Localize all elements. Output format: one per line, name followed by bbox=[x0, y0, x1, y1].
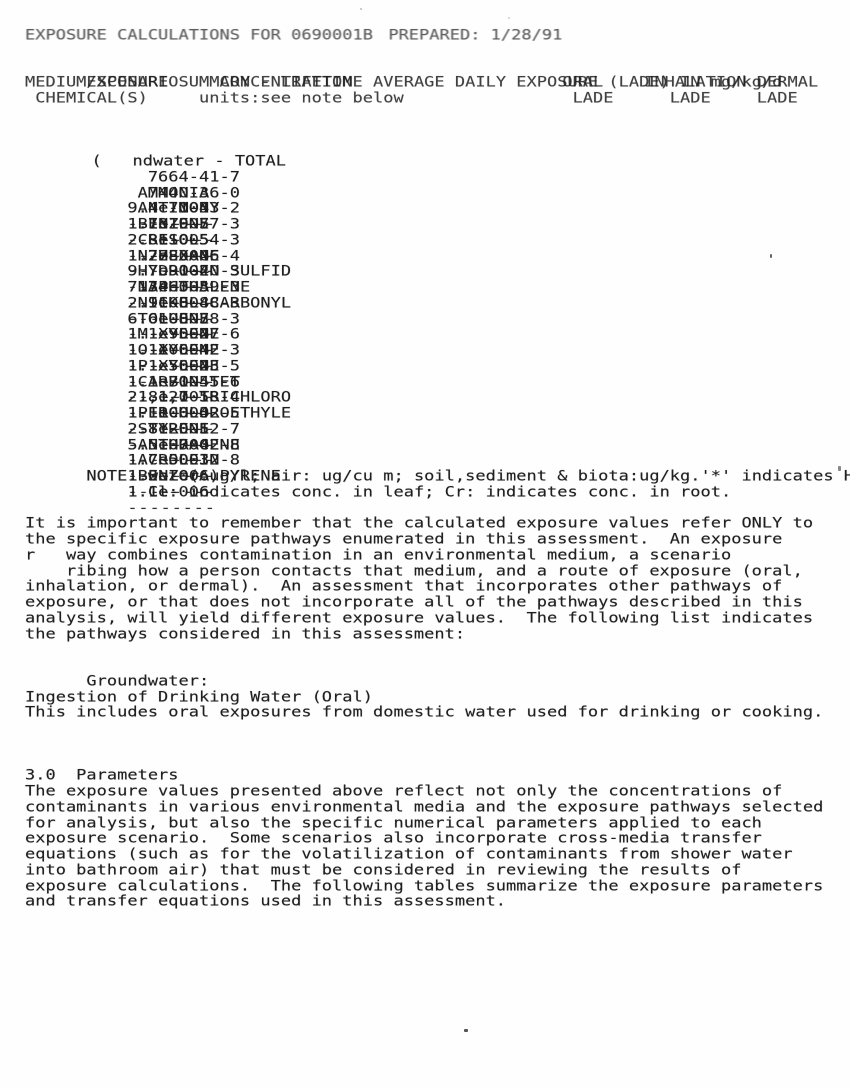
paragraph-line: for analysis, but also the specific nume… bbox=[25, 815, 850, 831]
col-header-units-note: units:see note below bbox=[199, 91, 404, 107]
col-header-dermal: DERMAL bbox=[757, 75, 818, 91]
col-header-chemicals: CHEMICAL(S) bbox=[35, 91, 148, 107]
paragraph-line: ribing how a person contacts that medium… bbox=[25, 563, 850, 579]
table-row: 127-18-4 PERCHLOROETHYLE 2.8e-005 ------… bbox=[25, 374, 850, 390]
table-row: 56-23-5 CARBON TET 2.8e-005 -------- bbox=[25, 343, 850, 359]
paragraph-line: into bathroom air) that must be consider… bbox=[25, 862, 850, 878]
col-header-inhalation: INHALATION bbox=[644, 75, 746, 91]
group-row-groundwater-total: ( ndwater - TOTAL bbox=[25, 138, 850, 154]
table-row: 7664-41-7 AMMONIA 9.4e-005 -------- bbox=[25, 154, 850, 170]
parameters-section: 3.0 Parameters The exposure values prese… bbox=[25, 768, 850, 910]
col-header-medium-scenario: MEDIUM/SCENARIO bbox=[25, 75, 179, 91]
table-row: 7783-06-4 HYDROGEN SULFID 7.7e-005 -----… bbox=[25, 232, 850, 248]
paragraph-line: 3.0 Parameters bbox=[25, 768, 850, 784]
col-header-concentration: CONCENTRATION bbox=[219, 75, 352, 91]
paragraph-line: r way combines contamination in an envir… bbox=[25, 547, 850, 563]
paragraph-line: and transfer equations used in this asse… bbox=[25, 894, 850, 910]
groundwater-heading-line: Groundwater: bbox=[25, 658, 850, 674]
table-row: 91-20-3 NAPHTHALENE 2.9e-004 -------- bbox=[25, 248, 850, 264]
table-header-row-1: MEDIUM/SCENARIO CONCENTRATION ORAL INHAL… bbox=[25, 75, 850, 91]
table-row: 106-42-3 P-XYLENE 1.1e-004 -------- bbox=[25, 327, 850, 343]
col-header-dermal-lade: LADE bbox=[757, 91, 798, 107]
table-row: 100-42-5 STYRENE 5.5e-004 -------- bbox=[25, 390, 850, 406]
table-row: 71-43-2 BENZENE 2.8e-005 -------- bbox=[25, 185, 850, 201]
table-row: 13463-39-3 NICKEL CARBONYL 6.6e-007 ----… bbox=[25, 264, 850, 280]
paragraph-line: This includes oral exposures from domest… bbox=[25, 705, 850, 721]
chemical-table: 7664-41-7 AMMONIA 9.4e-005 -------- 7440… bbox=[25, 154, 850, 453]
paragraph-line: equations (such as for the volatilizatio… bbox=[25, 847, 850, 863]
col-header-oral: ORAL bbox=[562, 75, 603, 91]
table-row: 7440-36-0 ANTIMONY 1.7e-005 -------- bbox=[25, 169, 850, 185]
paragraph-line: analysis, will yield different exposure … bbox=[25, 610, 850, 626]
scan-speck bbox=[464, 1029, 468, 1032]
ingestion-block: Ingestion of Drinking Water (Oral) This … bbox=[25, 689, 850, 721]
col-header-oral-lade: LADE bbox=[573, 91, 614, 107]
table-row: 95-47-6 O-XYLENE 1.1e-004 -------- bbox=[25, 311, 850, 327]
table-row: 1319-77-3 CRESOL 1.2e-004 -------- bbox=[25, 201, 850, 217]
report-title: EXPOSURE CALCULATIONS FOR 0690001B bbox=[25, 28, 373, 44]
table-row: 108-88-3 TOLUENE 1.1e-002 -------- bbox=[25, 280, 850, 296]
table-row: 107-02-8 ACROLEIN 1.3e-006 -------- bbox=[25, 421, 850, 437]
note-line-1: NOTE: water:ug/l; air: ug/cu m; soil,sed… bbox=[25, 453, 850, 469]
paragraph-line: contaminants in various environmental me… bbox=[25, 799, 850, 815]
prepared-date: PREPARED: 1/28/91 bbox=[388, 28, 562, 44]
paragraph-line: the pathways considered in this assessme… bbox=[25, 626, 850, 642]
table-row: 110-54-3 N-HEXANE 9.7e-004 -------- bbox=[25, 217, 850, 233]
report-title-line: EXPOSURE CALCULATIONS FOR 0690001B PREPA… bbox=[25, 28, 850, 44]
paragraph-line: It is important to remember that the cal… bbox=[25, 516, 850, 532]
table-row: 71-55-6 1,1,1-TRICHLORO 1.1e-003 -------… bbox=[25, 358, 850, 374]
paragraph-line: The exposure values presented above refl… bbox=[25, 784, 850, 800]
paragraph-line: exposure calculations. The following tab… bbox=[25, 878, 850, 894]
paragraph-line: the specific exposure pathways enumerate… bbox=[25, 532, 850, 548]
scanned-report-page: EXPOSURE CALCULATIONS FOR 0690001B PREPA… bbox=[0, 0, 850, 1087]
paragraph-line: inhalation, or dermal). An assessment th… bbox=[25, 579, 850, 595]
summary-heading-line: EXPOSURE SUMMARY - LIFETIME AVERAGE DAIL… bbox=[25, 59, 850, 75]
table-row: 120-12-7 ANTHRACENE 1.7e-003 -------- bbox=[25, 406, 850, 422]
table-row: 108-38-3 M-XYLENE 1.1e-004 -------- bbox=[25, 295, 850, 311]
paragraph-line: Ingestion of Drinking Water (Oral) bbox=[25, 689, 850, 705]
pathways-paragraph: It is important to remember that the cal… bbox=[25, 516, 850, 642]
paragraph-line: exposure, or that does not incorporate a… bbox=[25, 595, 850, 611]
table-row: 50-32-8 BENZO(A)PYRENE 1.1e-006 -------- bbox=[25, 437, 850, 453]
note-line-2: Cl: indicates conc. in leaf; Cr: indicat… bbox=[25, 469, 850, 485]
scan-speck bbox=[360, 8, 362, 10]
col-header-inhalation-lade: LADE bbox=[670, 91, 711, 107]
scan-speck bbox=[770, 254, 772, 258]
scan-speck bbox=[838, 466, 841, 471]
table-header-row-2: CHEMICAL(S) units:see note below LADE LA… bbox=[25, 91, 850, 107]
report-body: EXPOSURE CALCULATIONS FOR 0690001B PREPA… bbox=[0, 0, 850, 910]
paragraph-line: exposure scenario. Some scenarios also i… bbox=[25, 831, 850, 847]
scan-speck bbox=[508, 17, 510, 19]
